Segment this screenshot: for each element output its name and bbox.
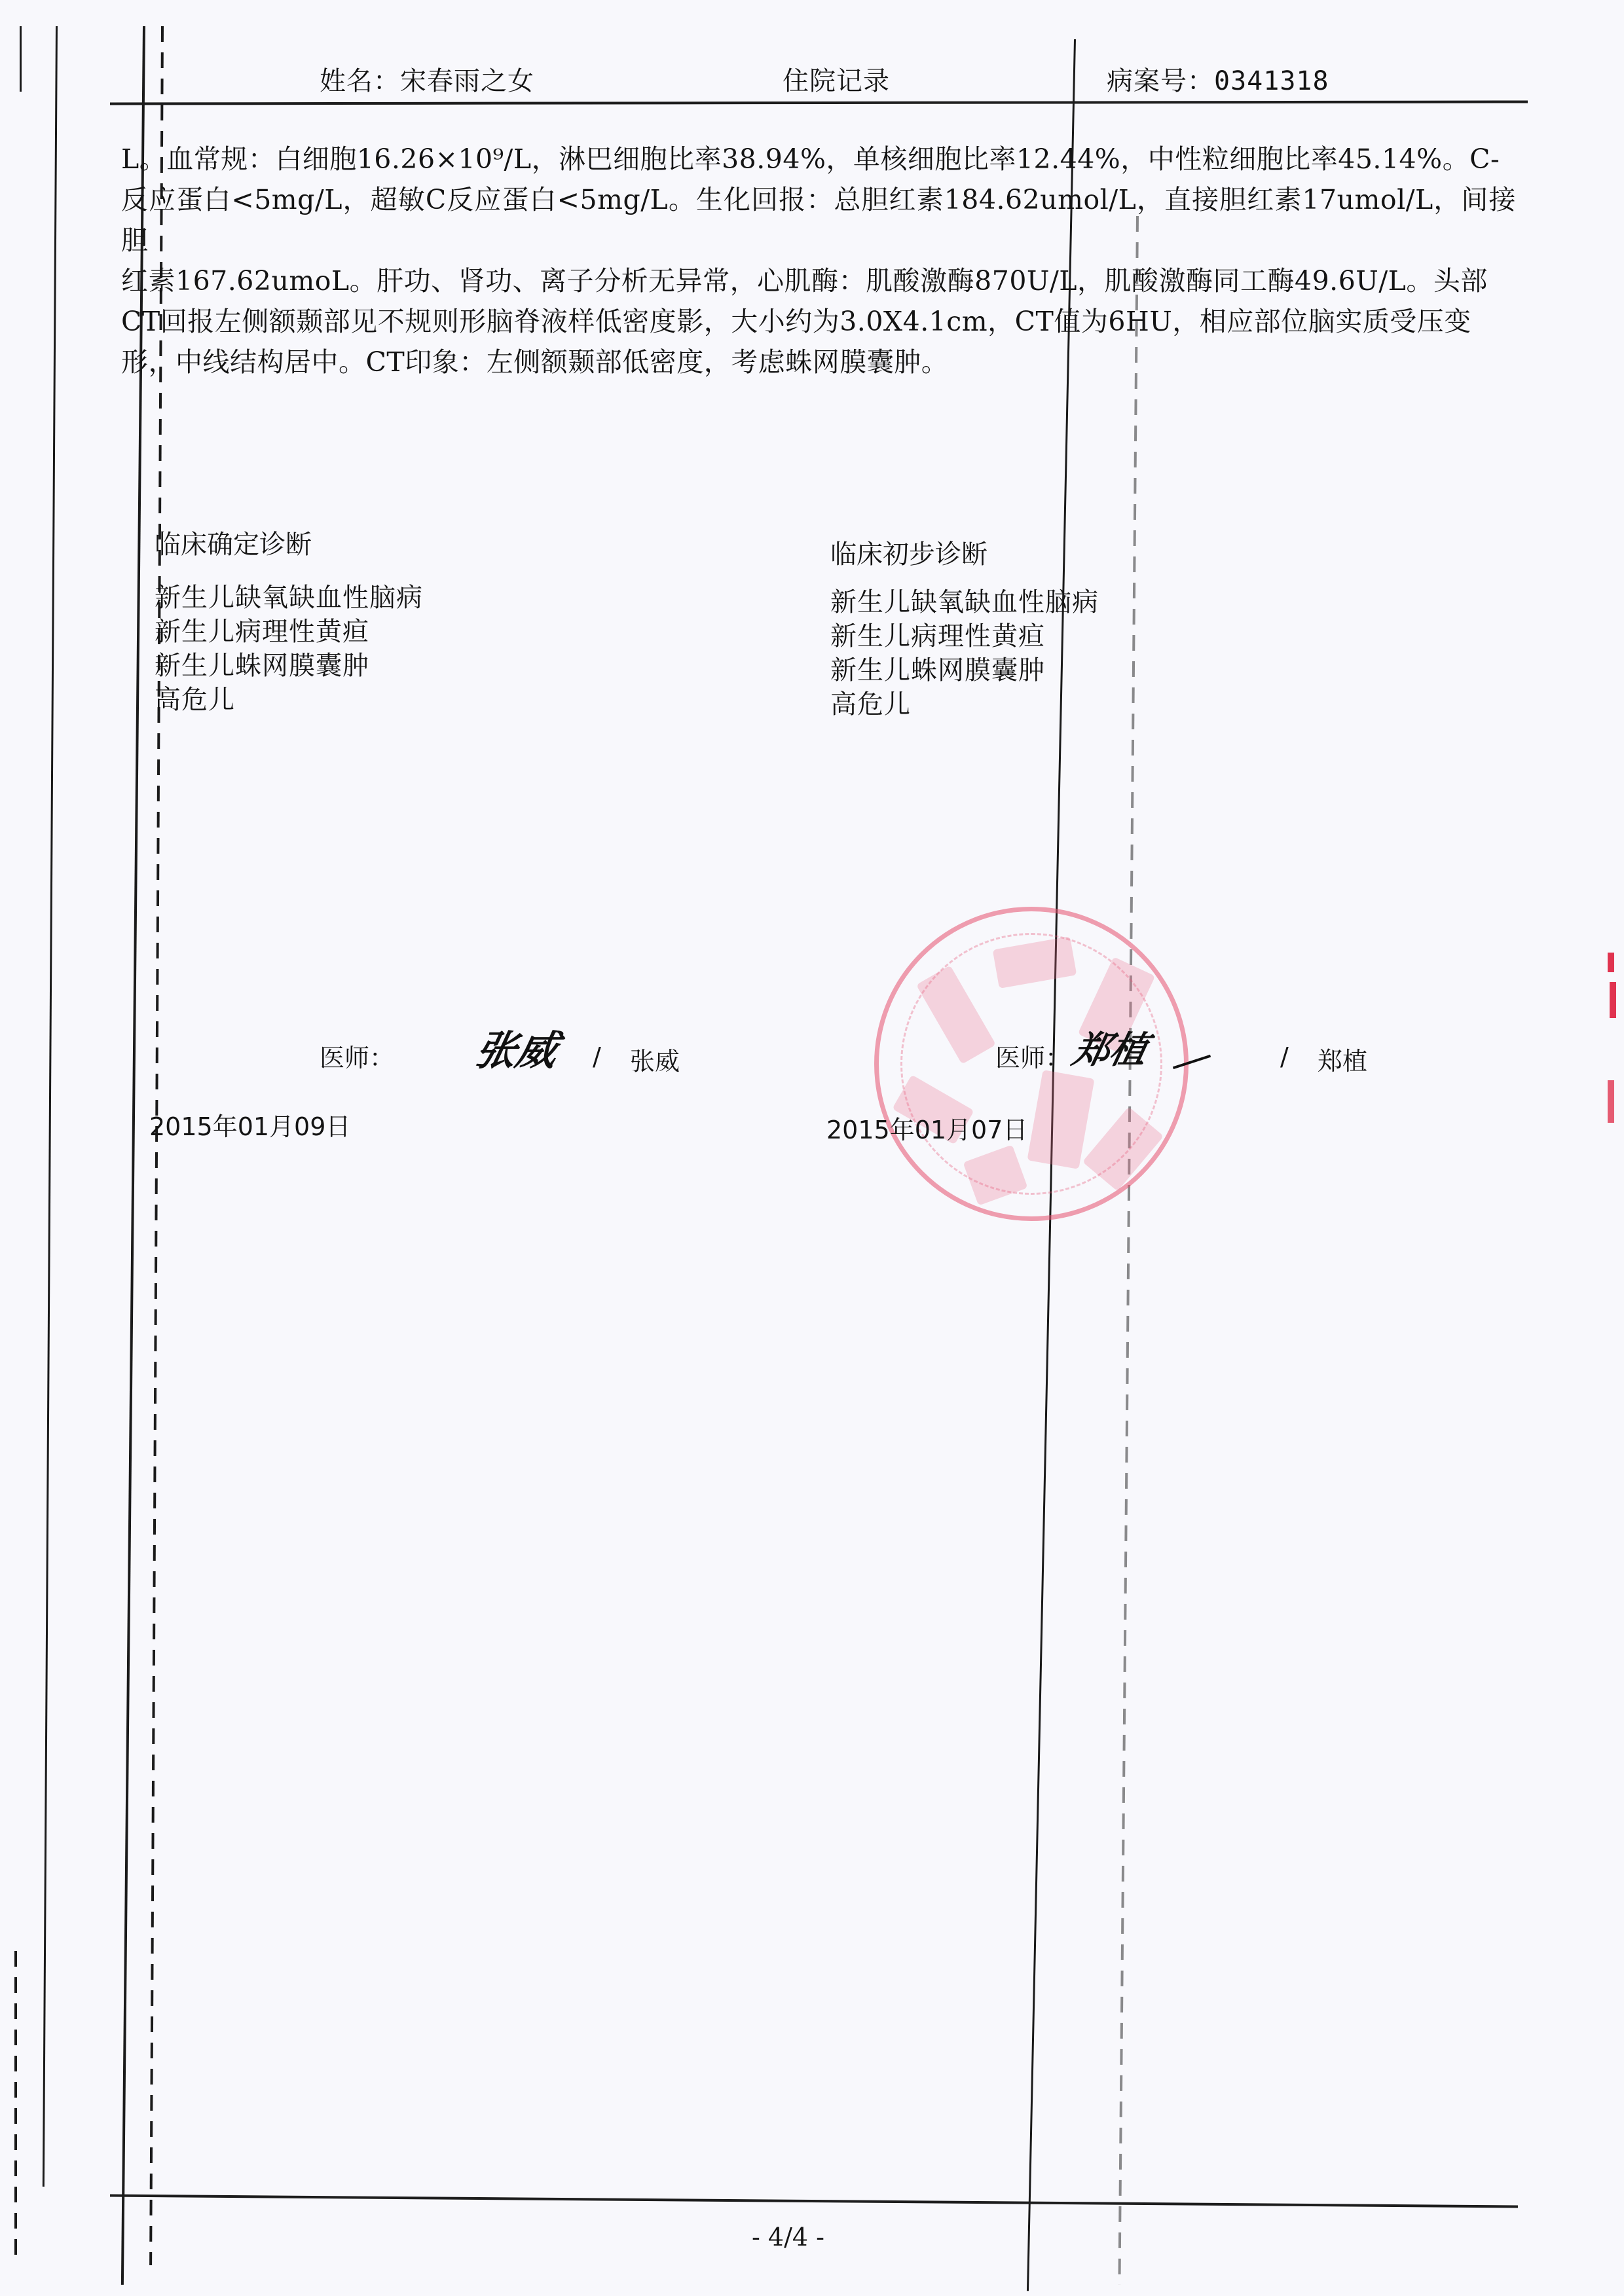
signature-date-right: 2015年01月07日 — [826, 1110, 1027, 1146]
printed-name-right: 郑植 — [1318, 1041, 1367, 1077]
diagnosis-item: 新生儿病理性黄疸 — [830, 619, 1099, 653]
final-diagnosis-title: 临床确定诊断 — [155, 524, 423, 561]
paragraph-line: L。血常规：白细胞16.26×10⁹/L，淋巴细胞比率38.94%，单核细胞比率… — [121, 139, 1516, 179]
diagnosis-item: 新生儿缺氧缺血性脑病 — [155, 581, 423, 615]
lab-results-paragraph: L。血常规：白细胞16.26×10⁹/L，淋巴细胞比率38.94%，单核细胞比率… — [121, 139, 1516, 382]
paragraph-line: 红素167.62umoL。肝功、肾功、离子分析无异常，心肌酶：肌酸激酶870U/… — [121, 261, 1516, 301]
diagnosis-item: 新生儿蛛网膜囊肿 — [155, 649, 423, 683]
initial-diagnosis-list: 新生儿缺氧缺血性脑病 新生儿病理性黄疸 新生儿蛛网膜囊肿 高危儿 — [830, 585, 1099, 721]
scan-line-left-5 — [14, 1951, 17, 2265]
scan-red-mark — [1608, 1080, 1614, 1123]
scan-red-mark — [1610, 982, 1616, 1018]
record-number-value: 0341318 — [1214, 66, 1329, 96]
header-rule — [110, 100, 1528, 105]
initial-diagnosis-title: 临床初步诊断 — [830, 534, 1099, 571]
diagnosis-item: 高危儿 — [830, 687, 1099, 721]
scan-line-center-dotted — [1118, 216, 1139, 2285]
signature-separator-right: / — [1280, 1042, 1289, 1071]
record-number: 病案号：0341318 — [1107, 60, 1329, 98]
page-number: - 4/4 - — [752, 2223, 824, 2251]
patient-name-label: 姓名： — [320, 66, 400, 96]
printed-name-left: 张威 — [630, 1041, 680, 1077]
final-diagnosis-section: 临床确定诊断 新生儿缺氧缺血性脑病 新生儿病理性黄疸 新生儿蛛网膜囊肿 高危儿 — [155, 524, 423, 717]
patient-name-value: 宋春雨之女 — [400, 66, 534, 96]
doctor-label-left: 医师： — [320, 1038, 394, 1074]
diagnosis-item: 高危儿 — [155, 683, 423, 717]
scan-line-left-outer — [20, 26, 22, 92]
paragraph-line: 形，中线结构居中。CT印象：左侧额颞部低密度，考虑蛛网膜囊肿。 — [121, 342, 1516, 382]
initial-diagnosis-section: 临床初步诊断 新生儿缺氧缺血性脑病 新生儿病理性黄疸 新生儿蛛网膜囊肿 高危儿 — [830, 534, 1099, 721]
doctor-label-right: 医师： — [995, 1038, 1070, 1074]
signature-date-left: 2015年01月09日 — [149, 1106, 350, 1142]
handwritten-signature-right: 郑植 — [1068, 1021, 1153, 1074]
scan-red-mark — [1608, 953, 1614, 972]
diagnosis-item: 新生儿病理性黄疸 — [155, 615, 423, 649]
signature-separator-left: / — [593, 1042, 601, 1071]
document-title: 住院记录 — [783, 60, 890, 98]
diagnosis-item: 新生儿缺氧缺血性脑病 — [830, 585, 1099, 619]
paragraph-line: CT回报左侧额颞部见不规则形脑脊液样低密度影，大小约为3.0X4.1cm，CT值… — [121, 301, 1516, 342]
footer-rule — [110, 2195, 1518, 2208]
diagnosis-item: 新生儿蛛网膜囊肿 — [830, 653, 1099, 687]
patient-name: 姓名：宋春雨之女 — [320, 60, 534, 98]
final-diagnosis-list: 新生儿缺氧缺血性脑病 新生儿病理性黄疸 新生儿蛛网膜囊肿 高危儿 — [155, 581, 423, 717]
handwritten-signature-left: 张威 — [471, 1018, 564, 1076]
paragraph-line: 反应蛋白<5mg/L，超敏C反应蛋白<5mg/L。生化回报：总胆红素184.62… — [121, 179, 1516, 261]
record-number-label: 病案号： — [1107, 66, 1214, 96]
scan-line-left-2 — [43, 26, 58, 2187]
